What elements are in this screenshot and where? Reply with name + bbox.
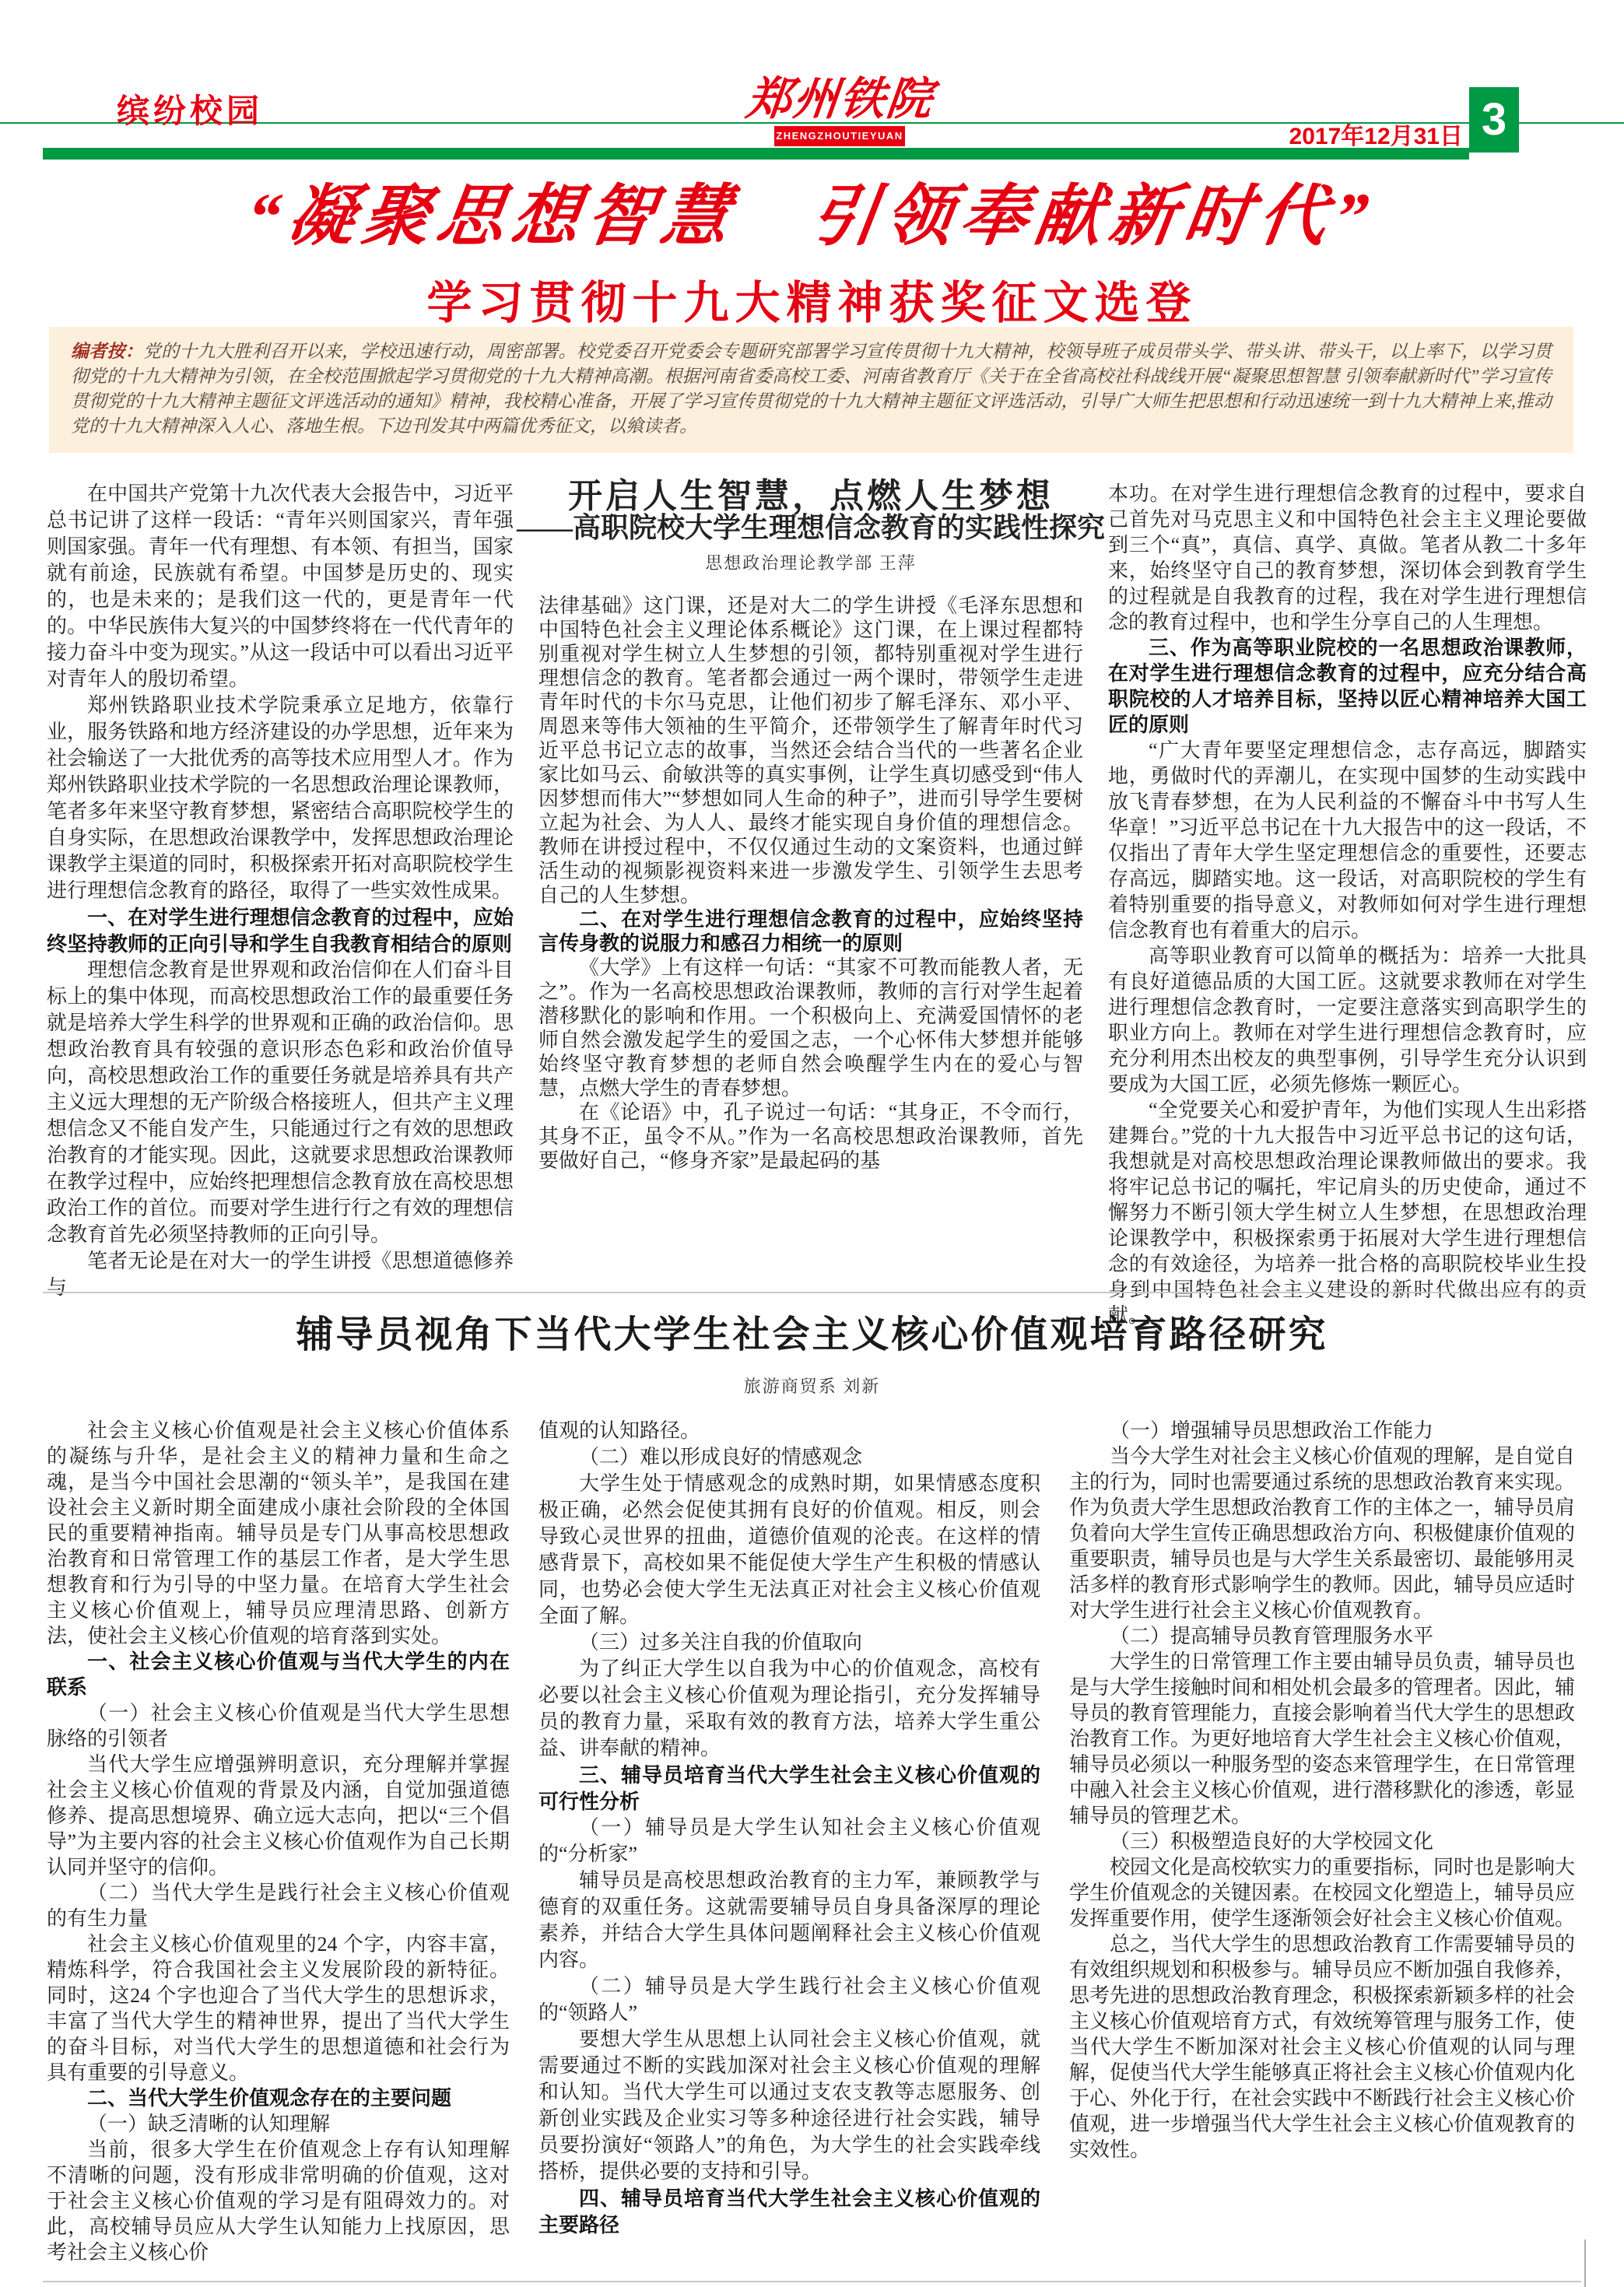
article1-col1: 在中国共产党第十九次代表大会报告中，习近平总书记讲了这样一段话：“青年兴则国家兴… [47,481,514,1328]
sub-heading: （一）社会主义核心价值观是当代大学生思想脉络的引领者 [47,1700,510,1752]
article1-col3: 本功。在对学生进行理想信念教育的过程中，要求自己首先对马克思主义和中国特色社会主… [1108,481,1587,1328]
editor-note: 编者按：党的十九大胜利召开以来，学校迅速行动，周密部署。校党委召开党委会专题研究… [49,327,1573,453]
paragraph: “全党要关心和爱护青年，为他们实现人生出彩搭建舞台。”党的十九大报告中习近平总书… [1108,1097,1587,1328]
section-heading: 三、作为高等职业院校的一名思想政治课教师，在对学生进行理想信念教育的过程中，应充… [1108,635,1587,738]
section-heading: 二、当代大学生价值观念存在的主要问题 [47,2085,510,2111]
paragraph: 社会主义核心价值观是社会主义核心价值体系的凝练与升华，是社会主义的精神力量和生命… [47,1418,510,1649]
article2-title: 辅导员视角下当代大学生社会主义核心价值观培育路径研究 [47,1304,1577,1358]
paragraph: 辅导员是高校思想政治教育的主力军，兼顾教学与德育的双重任务。这就需要辅导员自身具… [538,1868,1040,1973]
sub-heading: （二）当代大学生是践行社会主义核心价值观的有生力量 [47,1880,510,1931]
article-divider [43,1292,1581,1293]
editor-note-label: 编者按： [71,342,143,361]
headline-subtitle: 学习贯彻十九大精神获奖征文选登 [0,266,1624,331]
article-2: 辅导员视角下当代大学生社会主义核心价值观培育路径研究 旅游商贸系 刘新 社会主义… [47,1304,1577,2265]
article1-author: 思想政治理论教学部 王萍 [538,551,1083,575]
paragraph: 为了纠正大学生以自我为中心的价值观念，高校有必要以社会主义核心价值观为理论指引，… [538,1656,1040,1762]
paragraph: 大学生的日常管理工作主要由辅导员负责，辅导员也是与大学生接触时间和相处机会最多的… [1069,1649,1575,1829]
section-heading: 四、辅导员培育当代大学生社会主义核心价值观的主要路径 [538,2185,1040,2238]
sub-heading: （一）缺乏清晰的认知理解 [47,2111,510,2137]
paragraph: 《大学》上有这样一句话：“其家不可教而能教人者，无之”。作为一名高校思想政治课教… [538,956,1083,1100]
sub-heading: （二）难以形成良好的情感观念 [538,1444,1040,1471]
sub-heading: （三）积极塑造良好的大学校园文化 [1069,1829,1575,1854]
article1-subtitle: ——高职院校大学生理想信念教育的实践性探究 [445,516,1177,540]
paragraph: 当前，很多大学生在价值观念上存有认知理解不清晰的问题，没有形成非常明确的价值观，… [47,2137,510,2265]
paragraph: 社会主义核心价值观里的24 个字，内容丰富，精炼科学，符合我国社会主义发展阶段的… [47,1931,510,2085]
main-headline: “凝聚思想智慧 引领奉献新时代” 学习贯彻十九大精神获奖征文选登 [0,162,1624,331]
page-date: 2017年12月31日 [1237,117,1463,151]
section-label: 缤纷校园 [117,86,263,132]
paragraph: 在中国共产党第十九次代表大会报告中，习近平总书记讲了这样一段话：“青年兴则国家兴… [47,481,514,693]
paragraph: 校园文化是高校软实力的重要指标，同时也是影响大学生价值观念的关键因素。在校园文化… [1069,1854,1575,1931]
masthead-latin-box: ZHENGZHOUTIEYUAN [774,126,905,146]
paragraph: 总之，当代大学生的思想政治教育工作需要辅导员的有效组织规划和积极参与。辅导员应不… [1069,1931,1575,2162]
article1-col2: 开启人生智慧，点燃人生梦想 ——高职院校大学生理想信念教育的实践性探究 思想政治… [538,481,1083,1328]
article1-title-block: 开启人生智慧，点燃人生梦想 ——高职院校大学生理想信念教育的实践性探究 思想政治… [538,484,1083,575]
paragraph: 本功。在对学生进行理想信念教育的过程中，要求自己首先对马克思主义和中国特色社会主… [1108,481,1587,635]
paragraph: 高等职业教育可以简单的概括为：培养一大批具有良好道德品质的大国工匠。这就要求教师… [1108,943,1587,1097]
article1-col2-body: 法律基础》这门课，还是对大二的学生讲授《毛泽东思想和中国特色社会主义理论体系概论… [538,594,1083,1173]
paragraph: 要想大学生从思想上认同社会主义核心价值观，就需要通过不断的实践加深对社会主义核心… [538,2026,1040,2185]
article1-title: 开启人生智慧，点燃人生梦想 [538,484,1083,508]
headline-calligraphy: “凝聚思想智慧 引领奉献新时代” [0,162,1624,258]
article-1: 在中国共产党第十九次代表大会报告中，习近平总书记讲了这样一段话：“青年兴则国家兴… [47,481,1587,1328]
paragraph: 法律基础》这门课，还是对大二的学生讲授《毛泽东思想和中国特色社会主义理论体系概论… [538,594,1083,907]
paragraph: 大学生处于情感观念的成熟时期，如果情感态度积极正确，必然会促使其拥有良好的价值观… [538,1471,1040,1629]
section-heading: 一、在对学生进行理想信念教育的过程中，应始终坚持教师的正向引导和学生自我教育相结… [47,904,514,957]
section-heading: 一、社会主义核心价值观与当代大学生的内在联系 [47,1649,510,1700]
section-heading: 二、在对学生进行理想信念教育的过程中，应始终坚持言传身教的说服力和感召力相统一的… [538,907,1083,956]
article2-col1: 社会主义核心价值观是社会主义核心价值体系的凝练与升华，是社会主义的精神力量和生命… [47,1418,510,2265]
bottom-rule [43,2281,1581,2282]
sub-heading: （一）增强辅导员思想政治工作能力 [1069,1418,1575,1443]
article2-columns: 社会主义核心价值观是社会主义核心价值体系的凝练与升华，是社会主义的精神力量和生命… [47,1418,1577,2265]
paragraph: 当今大学生对社会主义核心价值观的理解，是自觉自主的行为，同时也需要通过系统的思想… [1069,1443,1575,1623]
sub-heading: （一）辅导员是大学生认知社会主义核心价值观的“分析家” [538,1815,1040,1868]
section-heading: 三、辅导员培育当代大学生社会主义核心价值观的可行性分析 [538,1762,1040,1815]
article2-author: 旅游商贸系 刘新 [47,1373,1577,1398]
paragraph: 当代大学生应增强辨明意识，充分理解并掌握社会主义核心价值观的背景及内涵，自觉加强… [47,1752,510,1880]
newspaper-page: 缤纷校园 郑州铁院 ZHENGZHOUTIEYUAN 2017年12月31日 3… [0,0,1624,2287]
paragraph: 在《论语》中，孔子说过一句话：“其身正，不令而行，其身不正，虽令不从。”作为一名… [538,1100,1083,1173]
paragraph: “广大青年要坚定理想信念，志存高远，脚踏实地，勇做时代的弄潮儿，在实现中国梦的生… [1108,738,1587,943]
paragraph: 值观的认知路径。 [538,1418,1040,1444]
paragraph: 理想信念教育是世界观和政治信仰在人们奋斗目标上的集中体现，而高校思想政治工作的最… [47,957,514,1248]
sub-heading: （三）过多关注自我的价值取向 [538,1629,1040,1656]
sub-heading: （二）辅导员是大学生践行社会主义核心价值观的“领路人” [538,1973,1040,2026]
article2-col3: （一）增强辅导员思想政治工作能力当今大学生对社会主义核心价值观的理解，是自觉自主… [1069,1418,1575,2265]
masthead-title: 郑州铁院 [728,62,953,128]
paragraph: 郑州铁路职业技术学院秉承立足地方，依靠行业，服务铁路和地方经济建设的办学思想，近… [47,693,514,904]
sub-heading: （二）提高辅导员教育管理服务水平 [1069,1623,1575,1649]
page-number-badge: 3 [1469,87,1519,153]
article2-col2: 值观的认知路径。（二）难以形成良好的情感观念大学生处于情感观念的成熟时期，如果情… [538,1418,1040,2265]
editor-note-text: 党的十九大胜利召开以来，学校迅速行动，周密部署。校党委召开党委会专题研究部署学习… [71,342,1552,436]
right-edge-mark [1584,2240,1586,2287]
header-green-bar [43,148,1469,160]
